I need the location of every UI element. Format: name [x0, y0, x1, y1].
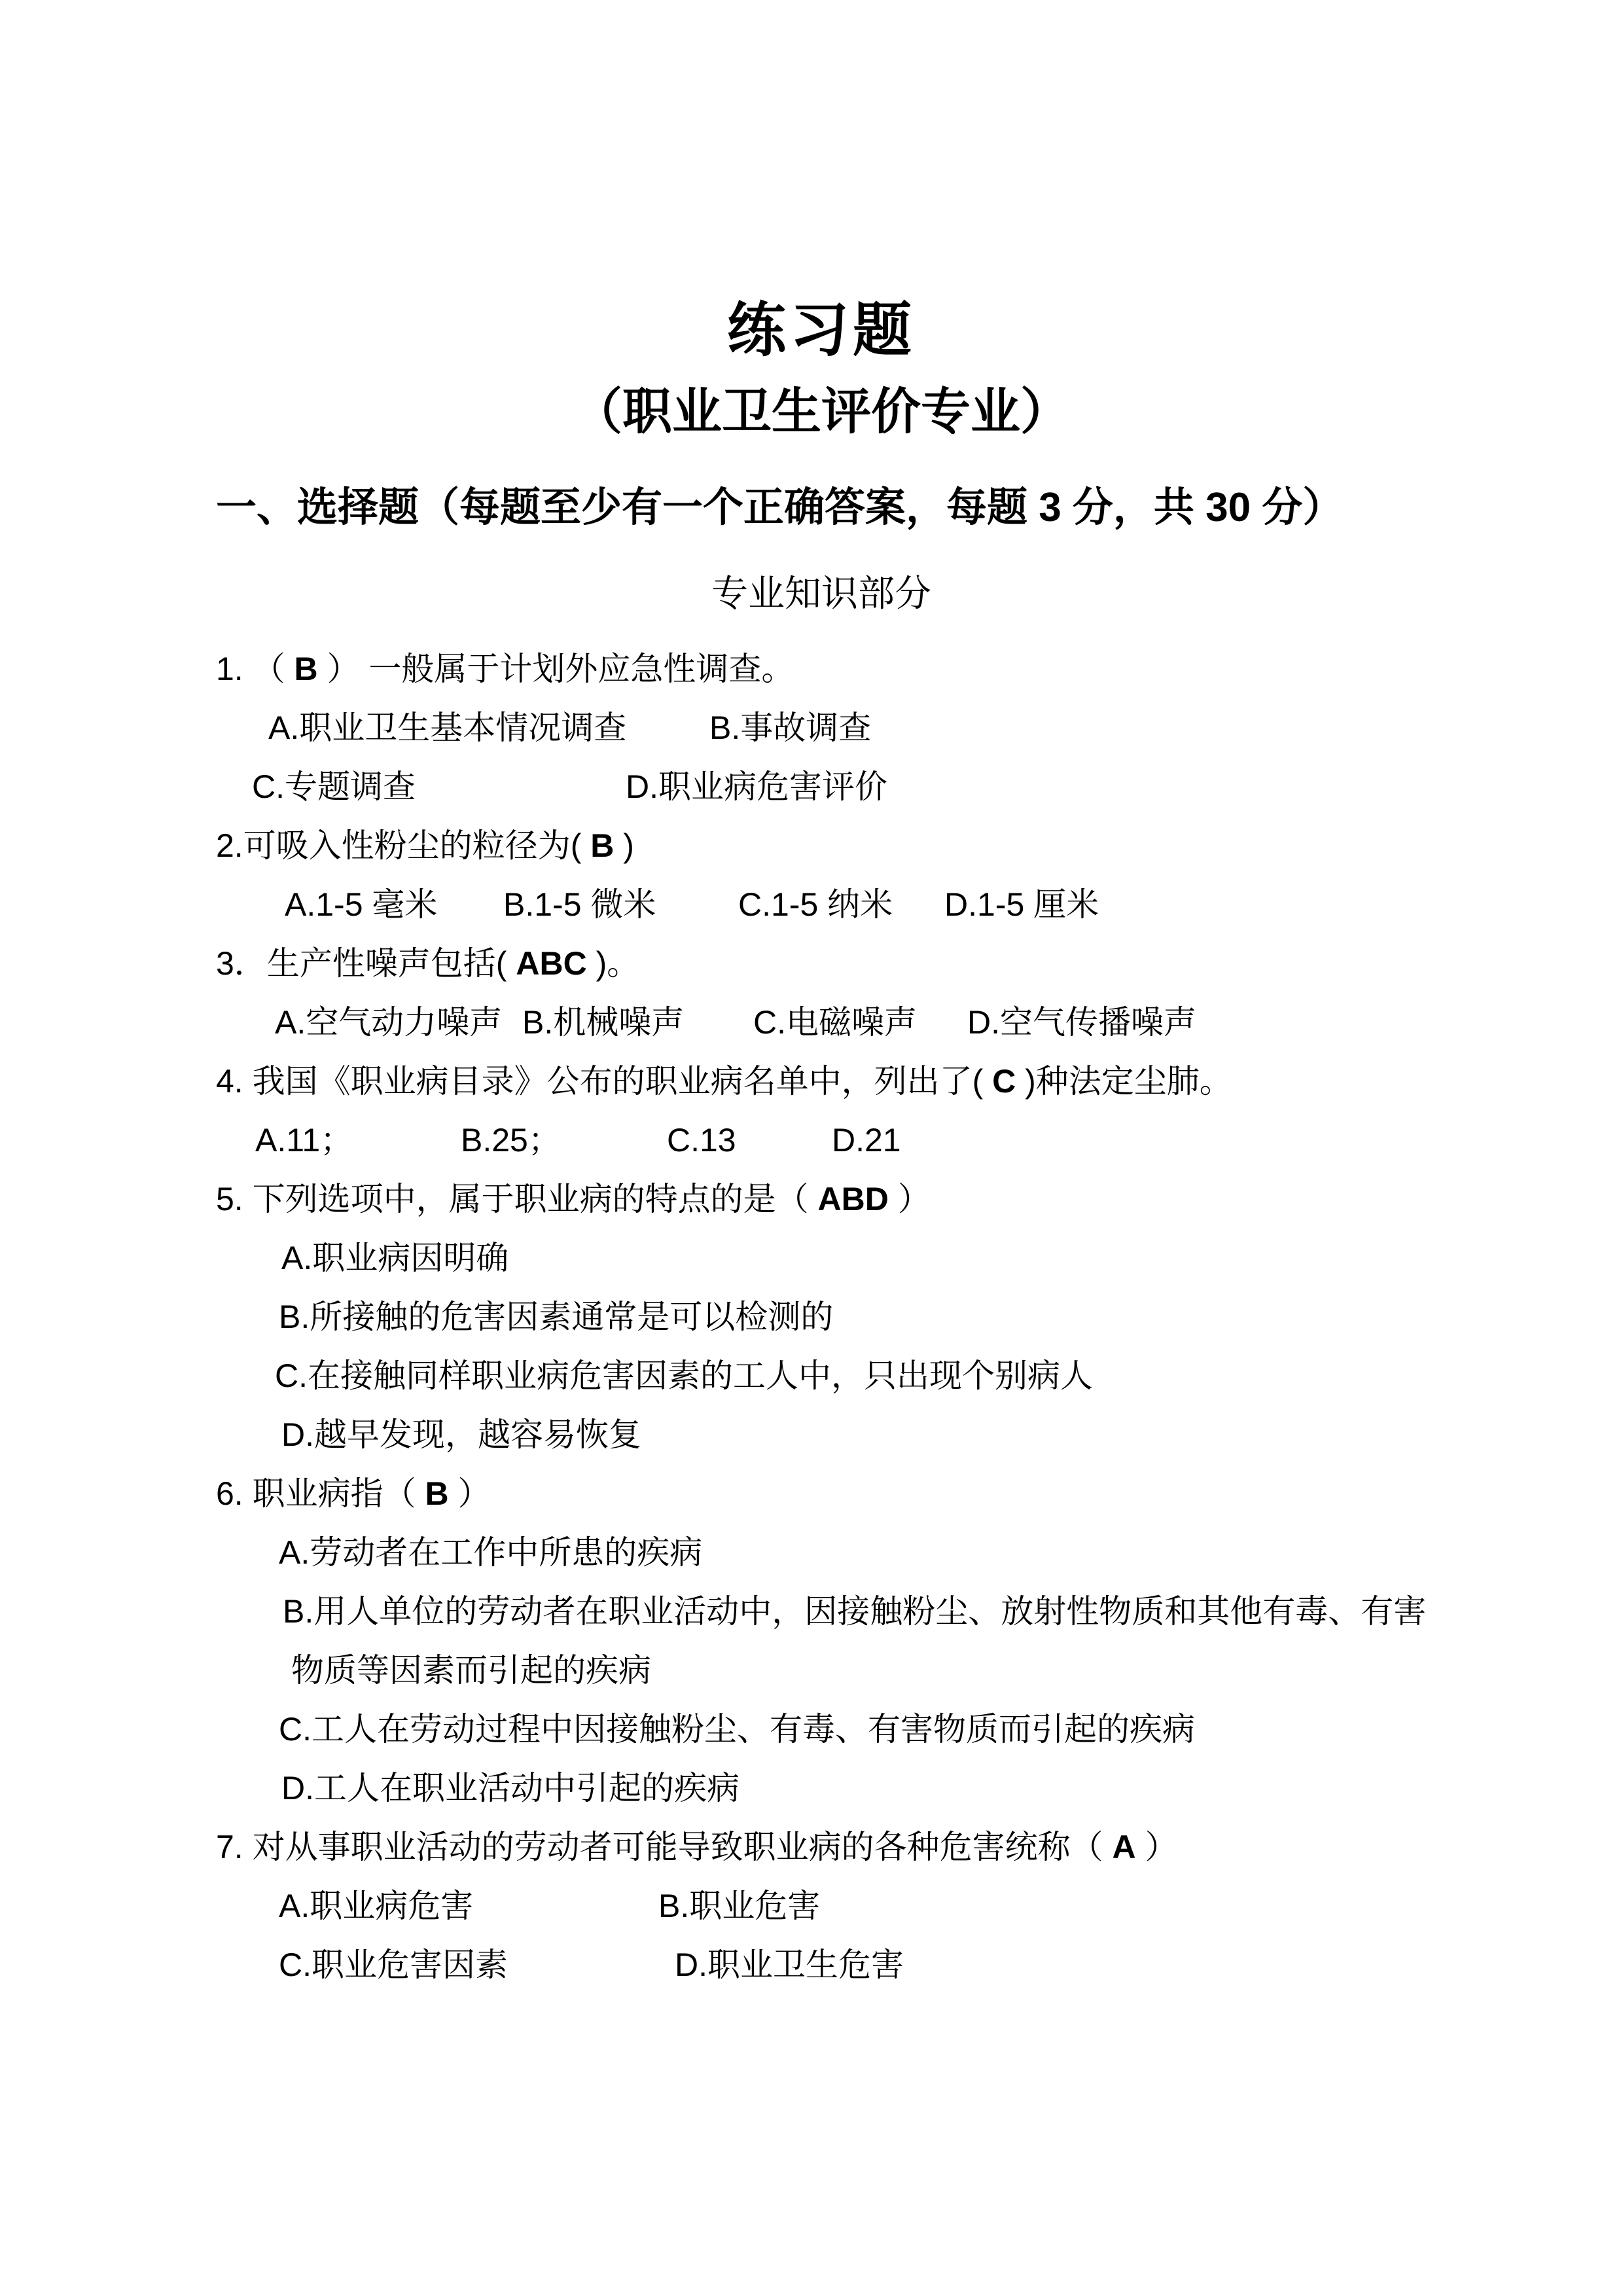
option: A.11； [255, 1111, 461, 1170]
answer-key: A [1112, 1829, 1135, 1865]
option: D.职业卫生危害 [675, 1935, 904, 1994]
option: A.职业病危害 [279, 1876, 658, 1935]
option-row: A.1-5 毫米B.1-5 微米C.1-5 纳米D.1-5 厘米 [216, 875, 1427, 934]
document-title: 练习题 [216, 288, 1427, 373]
stem-pre: 1. （ [216, 651, 294, 687]
option: C.13 [667, 1111, 832, 1170]
answer-key: B [425, 1475, 448, 1512]
option: B.所接触的危害因素通常是可以检测的 [279, 1287, 833, 1346]
option-row: A.空气动力噪声B.机械噪声C.电磁噪声D.空气传播噪声 [216, 993, 1427, 1052]
stem-post: ） [449, 1475, 491, 1512]
option-row: D.工人在职业活动中引起的疾病 [216, 1759, 1427, 1818]
option: A.空气动力噪声 [275, 993, 522, 1052]
option: C.1-5 纳米 [738, 875, 944, 934]
question-list: 1. （ B ） 一般属于计划外应急性调查。A.职业卫生基本情况调查B.事故调查… [216, 639, 1427, 1994]
option: B.事故调查 [709, 698, 871, 757]
option: D.职业病危害评价 [626, 757, 887, 816]
answer-key: B [590, 827, 614, 864]
stem-post: ） [1136, 1829, 1178, 1865]
option: D.工人在职业活动中引起的疾病 [281, 1759, 740, 1818]
option: D.越早发现，越容易恢复 [281, 1405, 641, 1464]
option-row: C.专题调查D.职业病危害评价 [216, 757, 1427, 816]
question: 2.可吸入性粉尘的粒径为( B )A.1-5 毫米B.1-5 微米C.1-5 纳… [216, 816, 1427, 934]
option-row: B.所接触的危害因素通常是可以检测的 [216, 1287, 1427, 1346]
stem-pre: 3．生产性噪声包括( [216, 945, 516, 982]
question-stem: 2.可吸入性粉尘的粒径为( B ) [216, 816, 1427, 875]
question-stem: 5. 下列选项中，属于职业病的特点的是（ ABD ） [216, 1170, 1427, 1229]
option-row: A.职业病危害B.职业危害 [216, 1876, 1427, 1935]
option: B.用人单位的劳动者在职业活动中，因接触粉尘、放射性物质和其他有毒、有害 [283, 1582, 1426, 1641]
question: 5. 下列选项中，属于职业病的特点的是（ ABD ）A.职业病因明确B.所接触的… [216, 1170, 1427, 1464]
option-row: 物质等因素而引起的疾病 [216, 1641, 1427, 1700]
option: D.21 [832, 1111, 901, 1170]
stem-pre: 7. 对从事职业活动的劳动者可能导致职业病的各种危害统称（ [216, 1829, 1112, 1865]
option: 物质等因素而引起的疾病 [291, 1641, 651, 1700]
option: A.职业卫生基本情况调查 [268, 698, 709, 757]
option-row: A.劳动者在工作中所患的疾病 [216, 1523, 1427, 1582]
question: 3．生产性噪声包括( ABC )。A.空气动力噪声B.机械噪声C.电磁噪声D.空… [216, 934, 1427, 1052]
option: C.工人在劳动过程中因接触粉尘、有毒、有害物质而引起的疾病 [279, 1700, 1195, 1759]
option: C.专题调查 [252, 757, 626, 816]
question: 1. （ B ） 一般属于计划外应急性调查。A.职业卫生基本情况调查B.事故调查… [216, 639, 1427, 816]
option: A.1-5 毫米 [285, 875, 503, 934]
option: B.职业危害 [658, 1876, 820, 1935]
option-row: C.工人在劳动过程中因接触粉尘、有毒、有害物质而引起的疾病 [216, 1700, 1427, 1759]
stem-pre: 5. 下列选项中，属于职业病的特点的是（ [216, 1181, 817, 1217]
document-subtitle: （职业卫生评价专业） [216, 373, 1427, 452]
option-row: A.11；B.25；C.13D.21 [216, 1111, 1427, 1170]
question: 6. 职业病指（ B ）A.劳动者在工作中所患的疾病B.用人单位的劳动者在职业活… [216, 1464, 1427, 1818]
stem-pre: 2.可吸入性粉尘的粒径为( [216, 827, 590, 864]
option: C.电磁噪声 [753, 993, 967, 1052]
answer-key: C [992, 1063, 1016, 1100]
option: C.在接触同样职业病危害因素的工人中，只出现个别病人 [275, 1346, 1093, 1405]
question-stem: 4. 我国《职业病目录》公布的职业病名单中，列出了( C )种法定尘肺。 [216, 1052, 1427, 1111]
question: 4. 我国《职业病目录》公布的职业病名单中，列出了( C )种法定尘肺。A.11… [216, 1052, 1427, 1170]
stem-post: )。 [587, 945, 640, 982]
option-row: C.职业危害因素D.职业卫生危害 [216, 1935, 1427, 1994]
stem-post: )种法定尘肺。 [1016, 1063, 1232, 1100]
answer-key: B [294, 651, 317, 687]
answer-key: ABD [817, 1181, 888, 1217]
question-stem: 1. （ B ） 一般属于计划外应急性调查。 [216, 639, 1427, 698]
question-stem: 7. 对从事职业活动的劳动者可能导致职业病的各种危害统称（ A ） [216, 1818, 1427, 1876]
question-stem: 3．生产性噪声包括( ABC )。 [216, 934, 1427, 993]
option-row: C.在接触同样职业病危害因素的工人中，只出现个别病人 [216, 1346, 1427, 1405]
option: D.空气传播噪声 [967, 993, 1196, 1052]
option: B.25； [461, 1111, 667, 1170]
question-stem: 6. 职业病指（ B ） [216, 1464, 1427, 1523]
option: B.机械噪声 [522, 993, 753, 1052]
stem-pre: 6. 职业病指（ [216, 1475, 425, 1512]
option-row: B.用人单位的劳动者在职业活动中，因接触粉尘、放射性物质和其他有毒、有害 [216, 1582, 1427, 1641]
part-label: 专业知识部分 [216, 564, 1427, 623]
option: A.劳动者在工作中所患的疾病 [279, 1523, 702, 1582]
option: C.职业危害因素 [279, 1935, 675, 1994]
option: D.1-5 厘米 [944, 875, 1099, 934]
document-page: 练习题 （职业卫生评价专业） 一、选择题（每题至少有一个正确答案，每题 3 分，… [0, 0, 1623, 2296]
option-row: A.职业卫生基本情况调查B.事故调查 [216, 698, 1427, 757]
stem-post: ） [889, 1181, 931, 1217]
answer-key: ABC [516, 945, 586, 982]
stem-post: ） 一般属于计划外应急性调查。 [318, 651, 794, 687]
option: B.1-5 微米 [503, 875, 738, 934]
stem-pre: 4. 我国《职业病目录》公布的职业病名单中，列出了( [216, 1063, 992, 1100]
question: 7. 对从事职业活动的劳动者可能导致职业病的各种危害统称（ A ）A.职业病危害… [216, 1818, 1427, 1994]
option-row: A.职业病因明确 [216, 1229, 1427, 1287]
option-row: D.越早发现，越容易恢复 [216, 1405, 1427, 1464]
section-heading: 一、选择题（每题至少有一个正确答案，每题 3 分，共 30 分） [216, 478, 1427, 538]
option: A.职业病因明确 [281, 1229, 508, 1287]
stem-post: ) [614, 827, 634, 864]
